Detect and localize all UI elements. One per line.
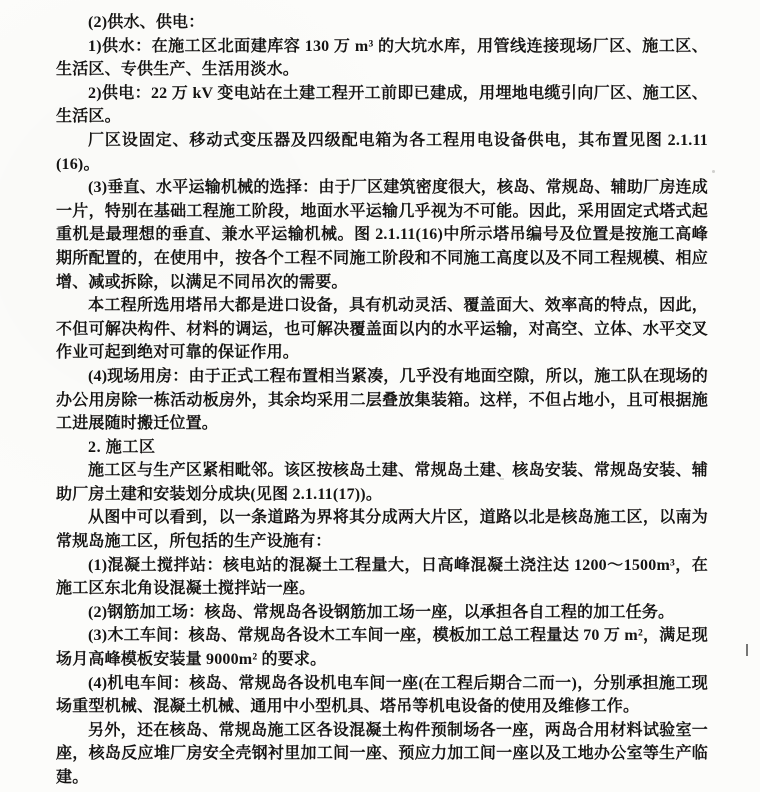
paragraph: (2)供水、供电： bbox=[56, 11, 708, 35]
paragraph: 从图中可以看到，以一条道路为界将其分成两大片区，道路以北是核岛施工区，以南为常规… bbox=[56, 506, 708, 553]
scan-artifact bbox=[500, 478, 504, 480]
document-body: (2)供水、供电：1)供水：在施工区北面建库容 130 万 m³ 的大坑水库，用… bbox=[56, 11, 708, 790]
scan-artifact bbox=[746, 644, 748, 656]
paragraph: 2)供电：22 万 kV 变电站在土建工程开工前即已建成，用埋地电缆引向厂区、施… bbox=[56, 82, 708, 129]
paragraph: (1)混凝土搅拌站：核电站的混凝土工程量大，日高峰混凝土浇注达 1200～150… bbox=[56, 554, 708, 601]
paragraph: 施工区与生产区紧相毗邻。该区按核岛土建、常规岛土建、核岛安装、常规岛安装、辅助厂… bbox=[56, 459, 708, 506]
scan-artifact bbox=[712, 170, 715, 173]
paragraph: (4)现场用房：由于正式工程布置相当紧凑，几乎没有地面空隙，所以，施工队在现场的… bbox=[56, 365, 708, 436]
section-heading: 2. 施工区 bbox=[56, 436, 708, 460]
paragraph: 本工程所选用塔吊大都是进口设备，具有机动灵活、覆盖面大、效率高的特点，因此，不但… bbox=[56, 294, 708, 365]
paragraph: (4)机电车间：核岛、常规岛各设机电车间一座(在工程后期合二而一)，分别承担施工… bbox=[56, 672, 708, 719]
paragraph: (2)钢筋加工场：核岛、常规岛各设钢筋加工场一座，以承担各自工程的加工任务。 bbox=[56, 601, 708, 625]
paragraph: 另外，还在核岛、常规岛施工区各设混凝土构件预制场各一座，两岛合用材料试验室一座，… bbox=[56, 719, 708, 790]
paragraph: 厂区设固定、移动式变压器及四级配电箱为各工程用电设备供电，其布置见图 2.1.1… bbox=[56, 129, 708, 176]
paragraph: (3)木工车间：核岛、常规岛各设木工车间一座，模板加工总工程量达 70 万 m²… bbox=[56, 624, 708, 671]
paragraph: 1)供水：在施工区北面建库容 130 万 m³ 的大坑水库，用管线连接现场厂区、… bbox=[56, 35, 708, 82]
paragraph: (3)垂直、水平运输机械的选择：由于厂区建筑密度很大，核岛、常规岛、辅助厂房连成… bbox=[56, 176, 708, 294]
scanned-document-page: (2)供水、供电：1)供水：在施工区北面建库容 130 万 m³ 的大坑水库，用… bbox=[0, 0, 760, 792]
